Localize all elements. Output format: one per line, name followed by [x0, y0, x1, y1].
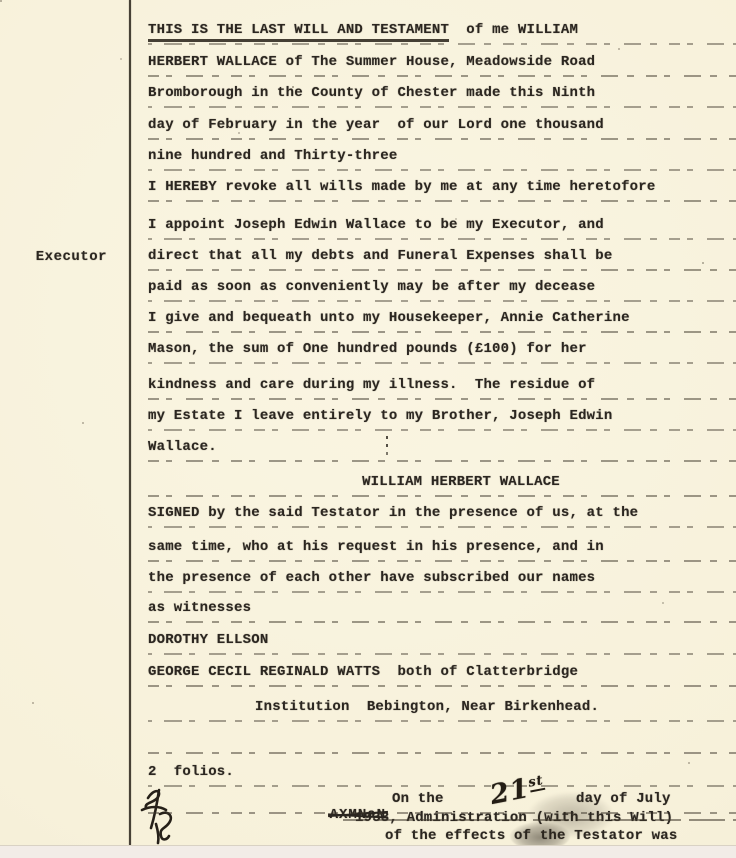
text-line: I give and bequeath unto my Housekeeper,…: [148, 310, 730, 328]
text-line: as witnesses: [148, 600, 730, 618]
stray-ink-dots: [386, 436, 388, 439]
text-line: direct that all my debts and Funeral Exp…: [148, 248, 730, 266]
witness-name-line: GEORGE CECIL REGINALD WATTS both of Clat…: [148, 664, 730, 682]
folios-line: 2 folios.: [148, 764, 730, 782]
text-line: HERBERT WALLACE of The Summer House, Mea…: [148, 54, 730, 72]
ink-stamp-smudge-icon: [528, 792, 614, 838]
probate-register-page: Executor THIS IS THE LAST WILL AND TESTA…: [0, 0, 736, 858]
text-line: I HEREBY revoke all wills made by me at …: [148, 179, 730, 197]
text-line: paid as soon as conveniently may be afte…: [148, 279, 730, 297]
blank-ruled-line: [148, 731, 730, 749]
handwritten-day-number: 21: [488, 773, 533, 811]
text-line: SIGNED by the said Testator in the prese…: [148, 505, 730, 523]
opening-rest: of me WILLIAM: [449, 22, 578, 38]
text-line-opening: THIS IS THE LAST WILL AND TESTAMENT of m…: [148, 22, 730, 40]
witness-address-line: Institution Bebington, Near Birkenhead.: [148, 699, 730, 717]
grant-line-3: of the effects of the Testator was: [148, 828, 730, 846]
text-line: same time, who at his request in his pre…: [148, 539, 730, 557]
text-line: my Estate I leave entirely to my Brother…: [148, 408, 730, 426]
grant-prefix: On the: [392, 791, 444, 807]
handwritten-day-suffix: st: [527, 773, 545, 793]
text-line: day of February in the year of our Lord …: [148, 117, 730, 135]
text-line: I appoint Joseph Edwin Wallace to be my …: [148, 217, 730, 235]
text-line: Mason, the sum of One hundred pounds (£1…: [148, 341, 730, 359]
grant-line-3-pre: of the effects: [385, 828, 514, 844]
opening-underlined-phrase: THIS IS THE LAST WILL AND TESTAMENT: [148, 22, 449, 42]
paper-speckles: [0, 0, 2, 2]
testator-signature-line: WILLIAM HERBERT WALLACE: [148, 474, 730, 492]
margin-annotation-executor: Executor: [0, 249, 107, 265]
grant-line-1: AXMNaN On the 21st day of July: [148, 791, 730, 809]
text-line: kindness and care during my illness. The…: [148, 377, 730, 395]
text-line: Bromborough in the County of Chester mad…: [148, 85, 730, 103]
text-line: Wallace.: [148, 439, 730, 457]
text-line: nine hundred and Thirty-three: [148, 148, 730, 166]
margin-vertical-rule: [129, 0, 131, 845]
scan-edge-strip: [0, 845, 736, 858]
witness-name-line: DOROTHY ELLSON: [148, 632, 730, 650]
text-line: the presence of each other have subscrib…: [148, 570, 730, 588]
grant-line-2: 1933, Administration (with this Will): [148, 810, 730, 828]
